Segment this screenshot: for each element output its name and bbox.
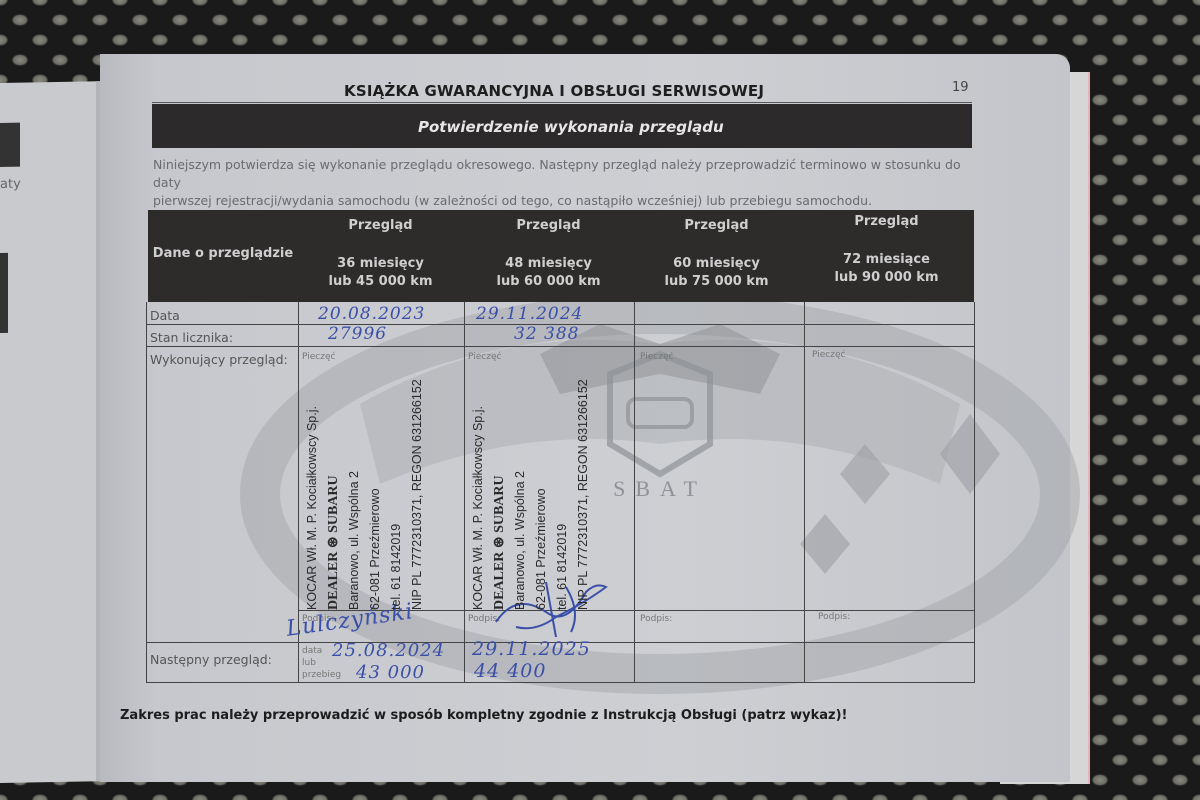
grid-line (974, 302, 975, 682)
stamp-label: Pieczęć (640, 352, 673, 362)
entry-1-next-date: 25.08.2024 (332, 640, 445, 661)
left-page-table-block (0, 253, 8, 333)
entry-1-date: 20.08.2023 (318, 304, 425, 324)
left-page-header-block (0, 123, 20, 167)
intro-text: Niniejszym potwierdza się wykonanie prze… (153, 156, 973, 210)
page-number: 19 (952, 80, 969, 95)
grid-line (464, 302, 465, 682)
title-rule (152, 102, 972, 103)
stamp-label: Pieczęć (812, 350, 845, 360)
signature-label: Podpis: (818, 612, 850, 622)
grid-line (146, 682, 975, 683)
booklet-page: KSIĄŻKA GWARANCYJNA I OBSŁUGI SERWISOWEJ… (100, 54, 1070, 782)
entry-2-date: 29.11.2024 (476, 304, 583, 324)
grid-line (634, 302, 635, 682)
header-label: Dane o przeglądzie (148, 246, 298, 261)
left-page: aty (0, 81, 112, 783)
next-date-label: data (302, 646, 322, 656)
entry-2-next-mileage: 44 400 (474, 660, 546, 682)
entry-1-odometer: 27996 (328, 324, 387, 344)
intro-line-1: Niniejszym potwierdza się wykonanie prze… (153, 156, 973, 192)
header-col-72m: Przegląd 72 miesiące lub 90 000 km (804, 214, 969, 287)
next-or-label: lub (302, 658, 316, 668)
running-title: KSIĄŻKA GWARANCYJNA I OBSŁUGI SERWISOWEJ (344, 82, 764, 100)
row-label-date: Data (150, 308, 180, 323)
header-col-48m: Przegląd 48 miesięcy lub 60 000 km (466, 218, 631, 291)
footer-note: Zakres prac należy przeprowadzić w sposó… (120, 708, 847, 723)
header-col-36m: Przegląd 36 miesięcy lub 45 000 km (298, 218, 463, 291)
entry-1-next-mileage: 43 000 (356, 662, 425, 683)
section-banner: Potwierdzenie wykonania przeglądu (152, 104, 972, 148)
row-label-performed-by: Wykonujący przegląd: (150, 352, 288, 367)
section-title: Potwierdzenie wykonania przeglądu (418, 118, 724, 136)
dealer-stamp-2: KOCAR Wł. M. P. Kociałkowscy Sp.j. DEALE… (468, 360, 608, 610)
table-header: Dane o przeglądzie Przegląd 36 miesięcy … (148, 210, 974, 302)
row-label-next-service: Następny przegląd: (150, 652, 272, 667)
entry-2-odometer: 32 388 (514, 324, 579, 344)
signature-label: Podpis: (640, 614, 672, 624)
header-col-60m: Przegląd 60 miesięcy lub 75 000 km (634, 218, 799, 291)
row-label-odometer: Stan licznika: (150, 330, 233, 345)
grid-line (146, 302, 147, 682)
dealer-stamp-1: KOCAR Wł. M. P. Kociałkowscy Sp.j. DEALE… (302, 360, 442, 610)
grid-line (146, 346, 975, 347)
intro-line-2: pierwszej rejestracji/wydania samochodu … (153, 192, 973, 210)
left-page-text-fragment: aty (0, 177, 21, 192)
grid-line (804, 302, 805, 682)
service-table: Dane o przeglądzie Przegląd 36 miesięcy … (146, 210, 976, 682)
next-mileage-label: przebieg (302, 670, 341, 680)
